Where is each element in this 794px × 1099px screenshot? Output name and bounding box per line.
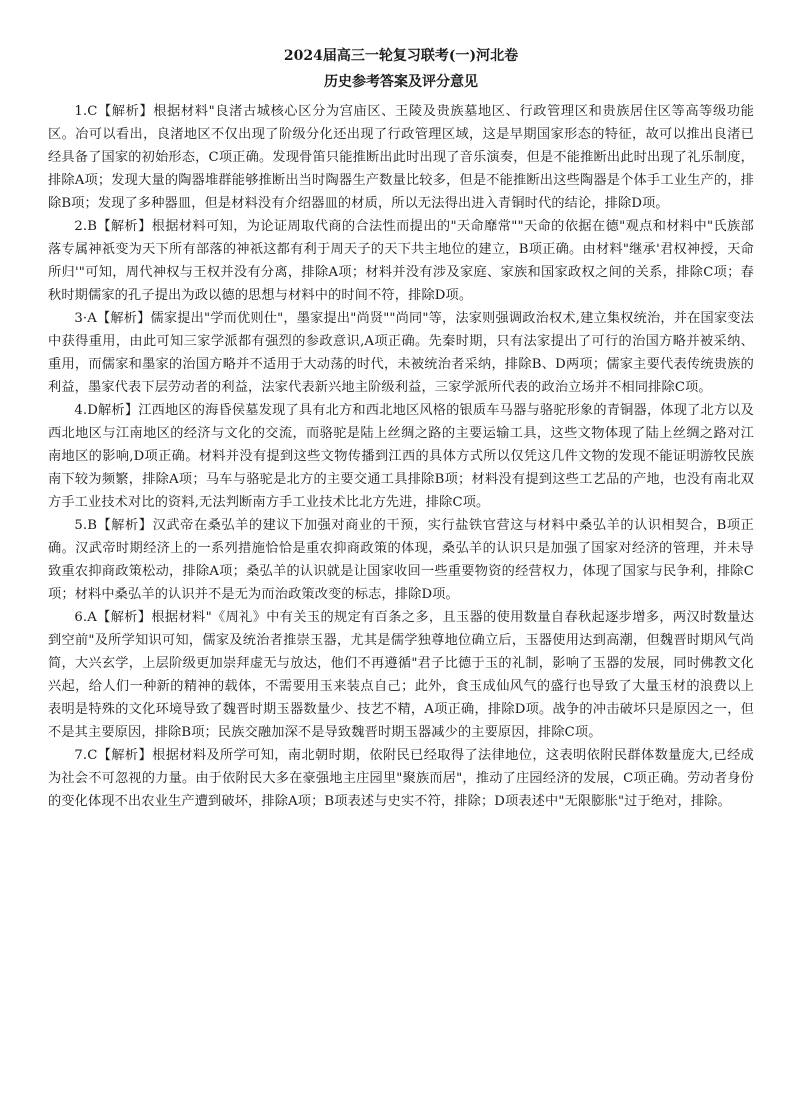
document-page: 2024届高三一轮复习联考(一)河北卷 历史参考答案及评分意见 1.C【解析】根…: [48, 46, 754, 813]
answer-1: 1.C【解析】根据材料"良渚古城核心区分为宫庙区、王陵及贵族墓地区、行政管理区和…: [48, 100, 754, 215]
answer-2: 2.B【解析】根据材料可知，为论证周取代商的合法性而提出的"天命靡常""天命的依…: [48, 215, 754, 307]
document-title: 2024届高三一轮复习联考(一)河北卷: [48, 46, 754, 66]
answer-7: 7.C【解析】根据材料及所学可知，南北朝时期，依附民已经取得了法律地位，这表明依…: [48, 744, 754, 813]
answer-6: 6.A【解析】根据材料"《周礼》中有关玉的规定有百条之多，且玉器的使用数量自春秋…: [48, 606, 754, 744]
document-subtitle: 历史参考答案及评分意见: [48, 72, 754, 92]
answer-5: 5.B【解析】汉武帝在桑弘羊的建议下加强对商业的干预，实行盐铁官营这与材料中桑弘…: [48, 514, 754, 606]
answer-4: 4.D解析】江西地区的海昏侯墓发现了具有北方和西北地区风格的银质车马器与骆驼形象…: [48, 399, 754, 514]
answer-3: 3·A【解析】儒家提出"学而优则仕"，墨家提出"尚贤""尚同"等，法家则强调政治…: [48, 307, 754, 399]
